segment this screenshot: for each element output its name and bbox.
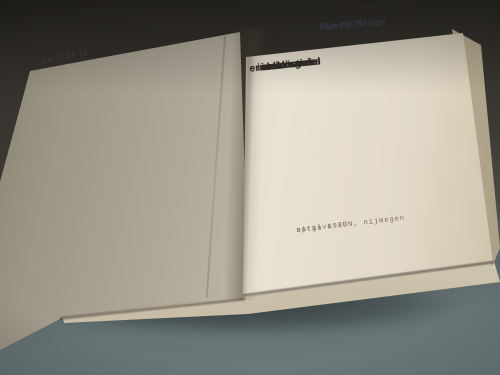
photo-of-open-book: ernest mandel inleiding in de marxisties… — [0, 0, 500, 375]
photo-vignette-overlay — [0, 0, 500, 375]
